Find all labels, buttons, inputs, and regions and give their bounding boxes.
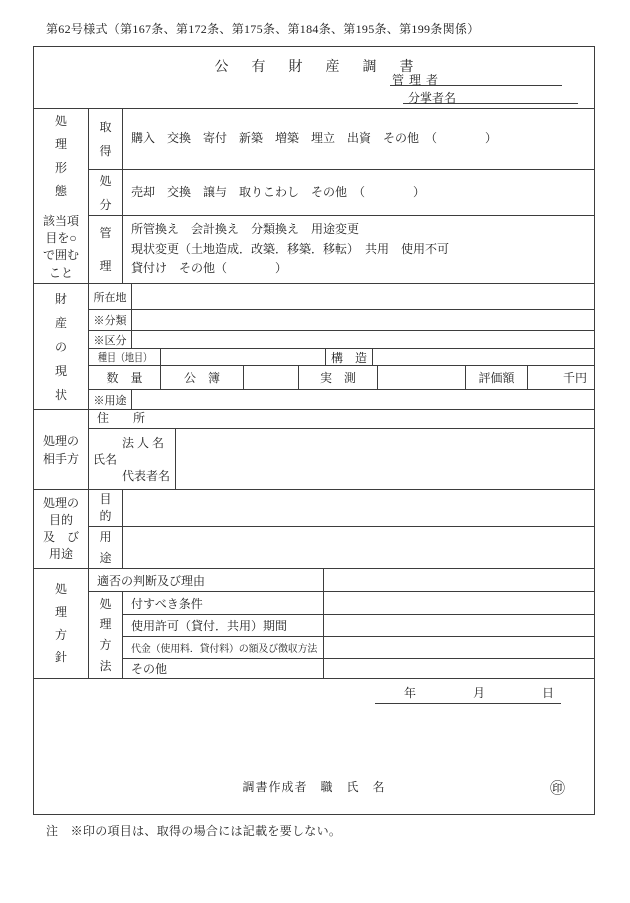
acquisition-row: 取 得 購入 交換 寄付 新築 増築 埋立 出資 その他 （ ） — [89, 109, 594, 169]
corporate-name-label: 法 人 名 — [122, 434, 164, 451]
form-header-section: 公有財産調書 管 理 者 分掌者名 — [34, 47, 594, 108]
acquisition-sub-label: 取 得 — [89, 109, 123, 169]
suitability-row: 適否の判断及び理由 — [89, 569, 594, 591]
counterparty-name-row: 法 人 名 氏名 代表者名 — [89, 428, 594, 489]
purpose-value[interactable] — [123, 490, 594, 526]
other-label: その他 — [123, 659, 324, 678]
usage-purpose-row: 用 途 — [89, 526, 594, 568]
year-label: 年 — [404, 684, 416, 701]
suitability-label: 適否の判断及び理由 — [89, 569, 324, 591]
disposal-options: 売却 交換 譲与 取りこわし その他 （ ） — [123, 170, 594, 215]
form-border-box: 公有財産調書 管 理 者 分掌者名 処 理 形 態 該当項 目を○ で囲む こと… — [33, 46, 595, 815]
clerk-fill-line[interactable]: 分掌者名 — [403, 89, 578, 104]
disposal-sub-label: 処 分 — [89, 170, 123, 215]
policy-method-rows: 処 理 方 法 付すべき条件 使用許可（貸付．共用）期間 代金（使用料．貸付料）… — [89, 591, 594, 678]
valuation-value[interactable]: 千円 — [528, 366, 594, 389]
section-purpose-usage: 処理の 目的 及 び 用途 目 的 用 途 — [34, 489, 594, 568]
permission-period-value[interactable] — [324, 615, 594, 636]
management-options: 所管換え 会計換え 分類換え 用途変更 現状変更（土地造成．改築．移築．移転） … — [123, 216, 594, 283]
register-label: 公 簿 — [161, 366, 244, 389]
payment-row: 代金（使用料．貸付料）の額及び徴収方法 — [123, 636, 594, 658]
counterparty-label: 処理の 相手方 — [34, 410, 89, 489]
usage-row: ※用途 — [89, 389, 594, 409]
division-value[interactable] — [132, 331, 594, 348]
conditions-value[interactable] — [324, 592, 594, 614]
valuation-label: 評価額 — [466, 366, 528, 389]
section-disposition-policy: 処 理 方 針 適否の判断及び理由 処 理 方 法 付すべき条件 使用許可（貸付… — [34, 568, 594, 678]
classification-label: ※分類 — [89, 310, 132, 330]
item-value[interactable] — [161, 349, 326, 365]
section-counterparty: 処理の 相手方 住 所 法 人 名 氏名 代表者名 — [34, 409, 594, 489]
property-status-label: 財 産 の 現 状 — [34, 284, 89, 409]
day-label: 日 — [542, 684, 554, 701]
location-row: 所在地 — [89, 284, 594, 309]
division-row: ※区分 — [89, 330, 594, 348]
counterparty-address-row: 住 所 — [89, 410, 594, 428]
permission-period-row: 使用許可（貸付．共用）期間 — [123, 614, 594, 636]
location-label: 所在地 — [89, 284, 132, 309]
item-label: 種目（地目） — [89, 349, 161, 365]
representative-label: 代表者名 — [122, 467, 170, 484]
structure-value[interactable] — [373, 349, 594, 365]
division-label: ※区分 — [89, 331, 132, 348]
creator-label: 調書作成者 職 氏 名 — [34, 778, 594, 795]
suitability-value[interactable] — [324, 569, 594, 591]
policy-method-label: 処 理 方 法 — [89, 592, 123, 678]
measured-label: 実 測 — [299, 366, 378, 389]
usage-label: ※用途 — [89, 390, 132, 409]
location-value[interactable] — [132, 284, 594, 309]
other-row: その他 — [123, 658, 594, 678]
seal-mark-icon: ㊞ — [550, 777, 565, 798]
payment-value[interactable] — [324, 637, 594, 658]
payment-label: 代金（使用料．貸付料）の額及び徴収方法 — [123, 637, 324, 658]
usage-purpose-value[interactable] — [123, 527, 594, 568]
other-value[interactable] — [324, 659, 594, 678]
classification-row: ※分類 — [89, 309, 594, 330]
permission-period-label: 使用許可（貸付．共用）期間 — [123, 615, 324, 636]
counterparty-name-value[interactable] — [176, 429, 594, 489]
disposal-row: 処 分 売却 交換 譲与 取りこわし その他 （ ） — [89, 169, 594, 215]
purpose-sub-label: 目 的 — [89, 490, 123, 526]
counterparty-address-label: 住 所 — [89, 410, 594, 428]
disposition-form-label-main: 処 理 形 態 — [55, 110, 67, 204]
usage-value[interactable] — [132, 390, 594, 409]
purpose-row: 目 的 — [89, 490, 594, 526]
manager-fill-line[interactable]: 管 理 者 — [390, 71, 562, 86]
footnote-text: 注 ※印の項目は、取得の場合には記載を要しない。 — [46, 822, 341, 839]
conditions-row: 付すべき条件 — [123, 592, 594, 614]
form-number-text: 第62号様式（第167条、第172条、第175条、第184条、第195条、第19… — [46, 20, 480, 37]
manager-label: 管 理 者 — [392, 73, 439, 87]
usage-sub-label: 用 途 — [89, 527, 123, 568]
month-label: 月 — [473, 684, 485, 701]
section-property-status: 財 産 の 現 状 所在地 ※分類 ※区分 種目（地目） — [34, 283, 594, 409]
purpose-usage-label: 処理の 目的 及 び 用途 — [34, 490, 89, 568]
register-value[interactable] — [244, 366, 299, 389]
item-label-text: 種目（地目） — [97, 349, 151, 365]
structure-label: 構 造 — [326, 349, 373, 365]
classification-value[interactable] — [132, 310, 594, 330]
counterparty-name-cell: 法 人 名 氏名 代表者名 — [89, 429, 176, 489]
acquisition-options: 購入 交換 寄付 新築 増築 埋立 出資 その他 （ ） — [123, 109, 594, 169]
disposition-form-label: 処 理 形 態 該当項 目を○ で囲む こと — [34, 109, 89, 283]
management-sub-label: 管 理 — [89, 216, 123, 283]
item-structure-row: 種目（地目） 構 造 — [89, 348, 594, 365]
measured-value[interactable] — [378, 366, 466, 389]
date-fill-line[interactable]: 年 月 日 — [375, 686, 561, 704]
section-disposition-form: 処 理 形 態 該当項 目を○ で囲む こと 取 得 購入 交換 寄付 新築 増… — [34, 108, 594, 283]
signature-area: 年 月 日 調書作成者 職 氏 名 ㊞ — [34, 678, 594, 814]
name-label: 氏名 — [93, 451, 117, 468]
unit-label: 千円 — [563, 369, 587, 386]
quantity-row: 数 量 公 簿 実 測 評価額 千円 — [89, 365, 594, 389]
clerk-label: 分掌者名 — [408, 91, 456, 105]
disposition-form-label-note: 該当項 目を○ で囲む こと — [43, 213, 79, 283]
conditions-label: 付すべき条件 — [123, 592, 324, 614]
quantity-label: 数 量 — [89, 366, 161, 389]
disposition-policy-label: 処 理 方 針 — [34, 569, 89, 678]
management-row: 管 理 所管換え 会計換え 分類換え 用途変更 現状変更（土地造成．改築．移築．… — [89, 215, 594, 283]
